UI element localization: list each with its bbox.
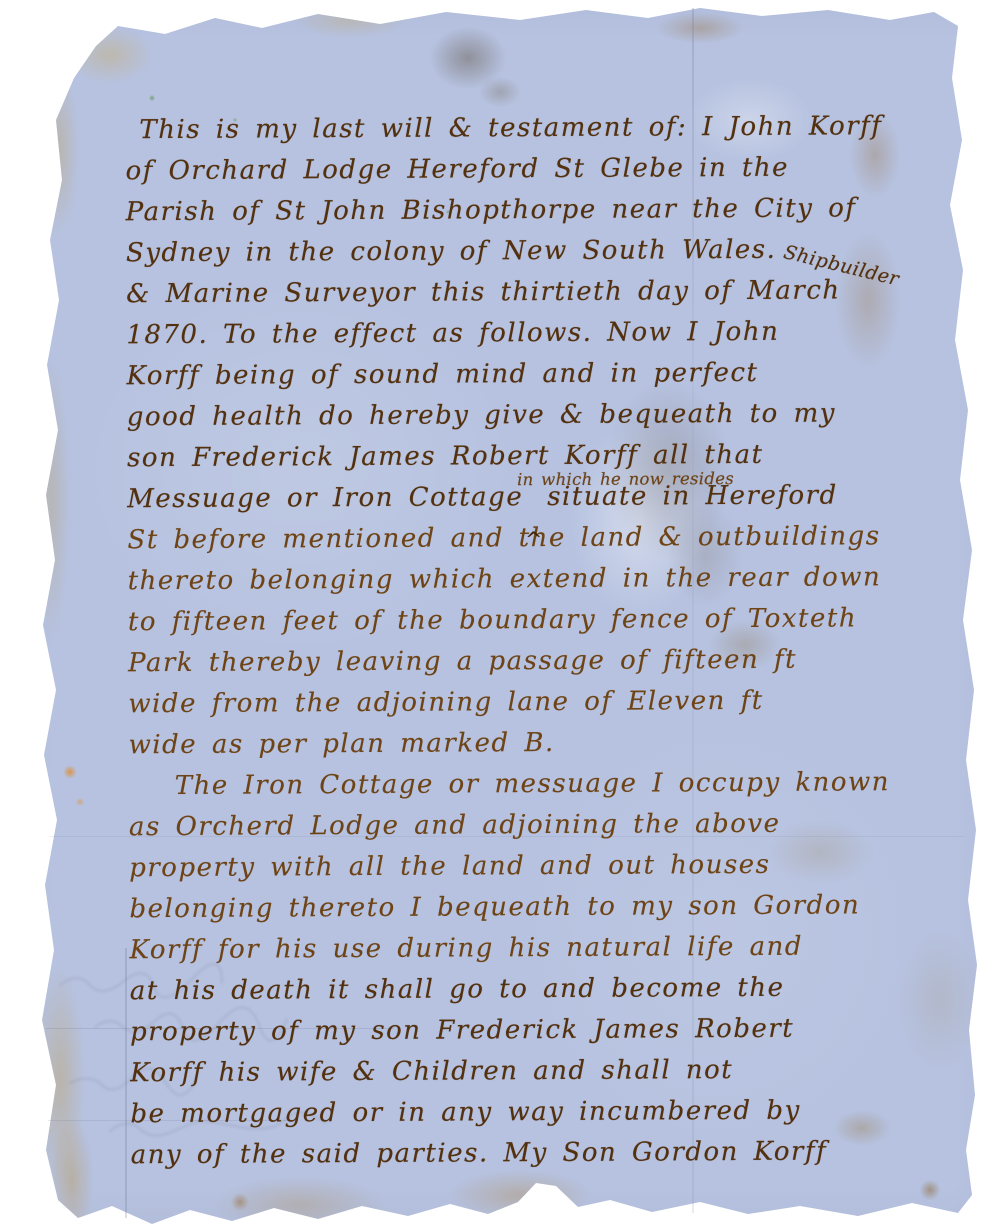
manuscript-line-20: belonging thereto I bequeath to my son G… (129, 885, 969, 930)
manuscript-line-7: Korff being of sound mind and in perfect (127, 352, 967, 397)
manuscript-line-19: property with all the land and out house… (129, 844, 969, 889)
manuscript-line-12: thereto belonging which extend in the re… (128, 557, 968, 602)
manuscript-line-14: Park thereby leaving a passage of fiftee… (128, 639, 968, 684)
manuscript-line-1: This is my last will & testament of: I J… (125, 106, 965, 151)
interlineation-note: in which he now resides (517, 471, 734, 488)
manuscript-line-15: wide from the adjoining lane of Eleven f… (128, 680, 968, 725)
manuscript-line-10: Messuage or Iron Cottagein which he now … (127, 475, 967, 520)
manuscript-line-17: The Iron Cottage or messuage I occupy kn… (129, 762, 969, 807)
manuscript-line-18: as Orcherd Lodge and adjoining the above (129, 803, 969, 848)
manuscript-line-13: to fifteen feet of the boundary fence of… (128, 598, 968, 643)
manuscript-text: This is my last will & testament of: I J… (125, 106, 971, 1176)
line-text: Sydney in the colony of New South Wales. (126, 235, 777, 268)
manuscript-line-25: be mortgaged or in any way incumbered by (130, 1090, 970, 1135)
line-text: Messuage or Iron Cottage (127, 482, 523, 514)
manuscript-line-2: of Orchard Lodge Hereford St Glebe in th… (125, 147, 965, 192)
manuscript-line-3: Parish of St John Bishopthorpe near the … (126, 188, 966, 233)
manuscript-line-23: property of my son Frederick James Rober… (130, 1008, 970, 1053)
document-scan: This is my last will & testament of: I J… (0, 0, 999, 1231)
manuscript-line-16: wide as per plan marked B. (128, 721, 968, 766)
manuscript-line-8: good health do hereby give & bequeath to… (127, 393, 967, 438)
manuscript-line-24: Korff his wife & Children and shall not (130, 1049, 970, 1094)
caret-insertion-mark: ^ (525, 519, 543, 560)
manuscript-line-22: at his death it shall go to and become t… (130, 967, 970, 1012)
manuscript-line-11: St before mentioned and the land & outbu… (127, 516, 967, 561)
manuscript-line-21: Korff for his use during his natural lif… (130, 926, 970, 971)
manuscript-line-6: 1870. To the effect as follows. Now I Jo… (126, 311, 966, 356)
manuscript-line-26: any of the said parties. My Son Gordon K… (131, 1131, 971, 1176)
manuscript-line-4: Sydney in the colony of New South Wales.… (126, 229, 966, 274)
